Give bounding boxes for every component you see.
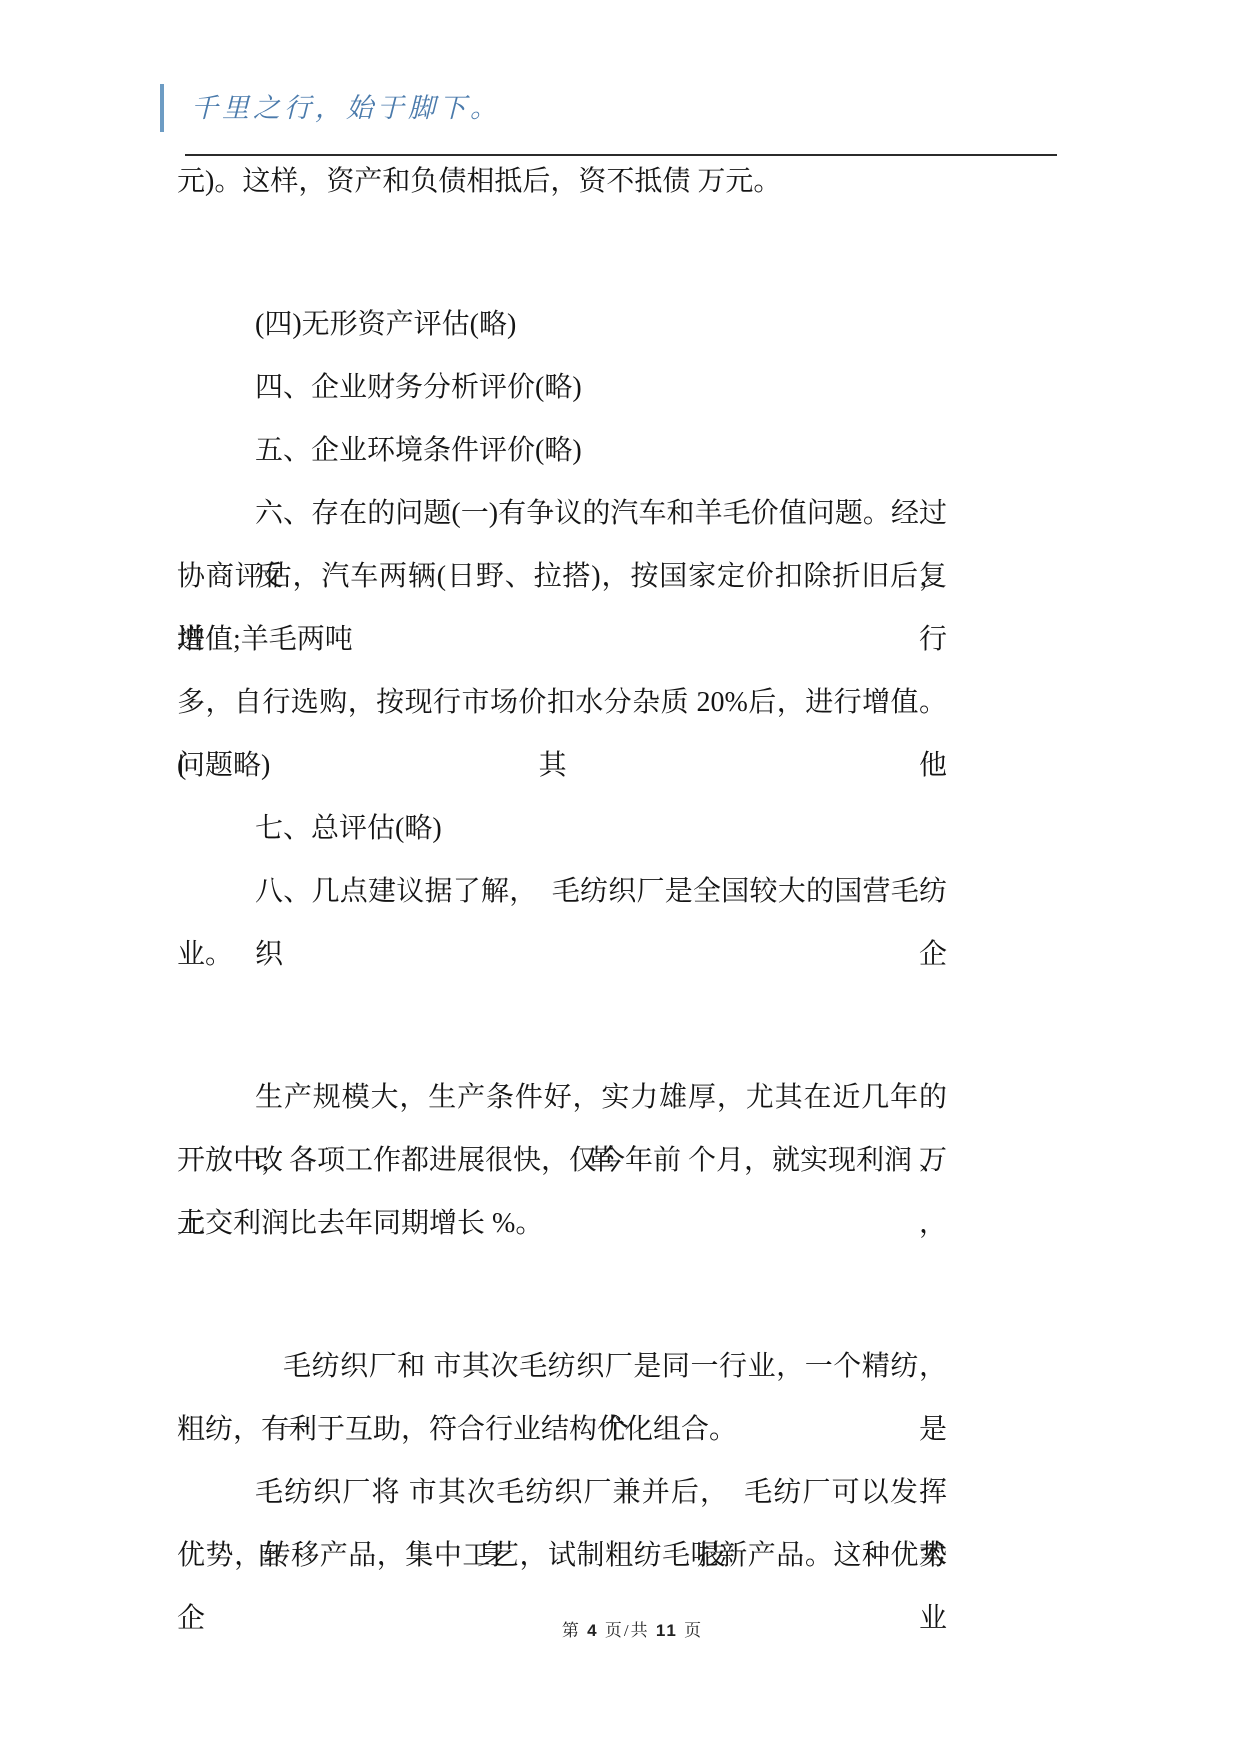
text-line: 毛纺织厂将 市其次毛纺织厂兼并后， 毛纺厂可以发挥自身技术 bbox=[177, 1461, 947, 1524]
footer-separator: 页/共 bbox=[599, 1621, 656, 1640]
document-body: 元)。这样，资产和负债相抵后，资不抵债 万元。(四)无形资产评估(略)四、企业财… bbox=[177, 150, 947, 1587]
document-page: 千里之行，始于脚下。 元)。这样，资产和负债相抵后，资不抵债 万元。(四)无形资… bbox=[0, 0, 1240, 1753]
text-line: 多，自行选购，按现行市场价扣水分杂质 20%后，进行增值。(其他 bbox=[177, 671, 947, 734]
current-page-number: 4 bbox=[587, 1621, 598, 1640]
footer-prefix: 第 bbox=[562, 1621, 587, 1640]
text-line: 四、企业财务分析评价(略) bbox=[177, 356, 947, 419]
page-header: 千里之行，始于脚下。 bbox=[160, 84, 501, 132]
text-line: 六、存在的问题(一)有争议的汽车和羊毛价值问题。经过反复 bbox=[177, 482, 947, 545]
text-line: 优势，转移产品，集中工艺，试制粗纺毛呢新产品。这种优势企业 bbox=[177, 1524, 947, 1587]
header-motto: 千里之行，始于脚下。 bbox=[191, 84, 501, 132]
text-line: 协商评估，汽车两辆(日野、拉搭)，按国家定价扣除折旧后，进行 bbox=[177, 545, 947, 608]
text-line: 八、几点建议据了解， 毛纺织厂是全国较大的国营毛纺织企 bbox=[177, 860, 947, 923]
text-line: 五、企业环境条件评价(略) bbox=[177, 419, 947, 482]
text-line: 元)。这样，资产和负债相抵后，资不抵债 万元。 bbox=[177, 150, 947, 213]
total-page-count: 11 bbox=[656, 1621, 678, 1640]
footer-suffix: 页 bbox=[678, 1621, 703, 1640]
text-line: 开放中，各项工作都进展很快，仅今年前 个月，就实现利润 万元， bbox=[177, 1129, 947, 1192]
header-accent-bar bbox=[160, 84, 164, 132]
text-line: (四)无形资产评估(略) bbox=[177, 293, 947, 356]
page-number-footer: 第 4 页/共 11 页 bbox=[0, 1596, 1240, 1661]
text-line: 生产规模大，生产条件好，实力雄厚，尤其在近几年的改革、 bbox=[177, 1066, 947, 1129]
text-line: 毛纺织厂和 市其次毛纺织厂是同一行业，一个精纺，一个是 bbox=[177, 1335, 947, 1398]
text-line: 七、总评估(略) bbox=[177, 797, 947, 860]
